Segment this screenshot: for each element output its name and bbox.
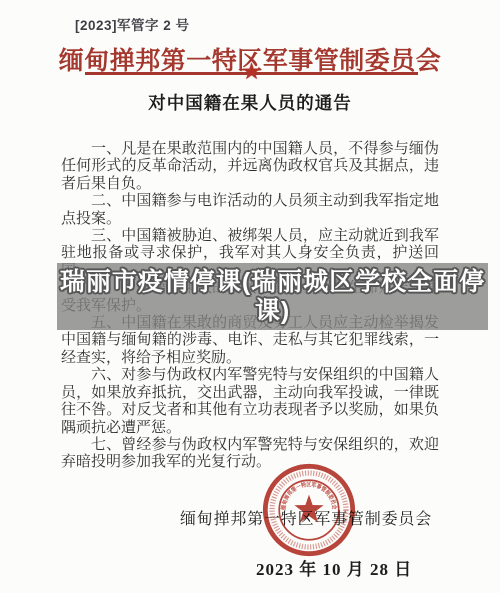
notice-paragraph: 六、对参与伪政权内军警宪特与安保组织的中国籍人员，如果放弃抵抗，交出武器，主动向… (61, 367, 439, 437)
notice-paragraph: 七、曾经参与伪政权内军警宪特与安保组织的，欢迎弃暗投明参加我军的光复行动。 (61, 437, 439, 472)
caption-overlay-band: 瑞丽市疫情停课(瑞丽城区学校全面停课) (57, 263, 488, 330)
notice-paragraph: 二、中国籍参与电诈活动的人员须主动到我军指定地点投案。 (61, 193, 439, 228)
notice-photo: [2023]军管字 2 号 缅甸掸邦第一特区军事管制委员会 ★ 对中国籍在果人员… (0, 0, 500, 593)
caption-text: 瑞丽市疫情停课(瑞丽城区学校全面停课) (57, 268, 488, 326)
official-seal: 缅甸掸邦第一特区军事管制委员会 (261, 462, 357, 558)
seal-star-icon (294, 495, 323, 523)
doc-number: [2023]军管字 2 号 (75, 14, 190, 34)
star-icon: ★ (85, 61, 418, 84)
notice-date: 2023 年 10 月 28 日 (256, 555, 412, 580)
title-divider: ★ (85, 72, 418, 75)
notice-paragraph: 一、凡是在果敢范围内的中国籍人员，不得参与缅伪任何形式的反革命活动，并远离伪政权… (61, 141, 439, 193)
notice-subtitle: 对中国籍在果人员的通告 (0, 90, 500, 115)
